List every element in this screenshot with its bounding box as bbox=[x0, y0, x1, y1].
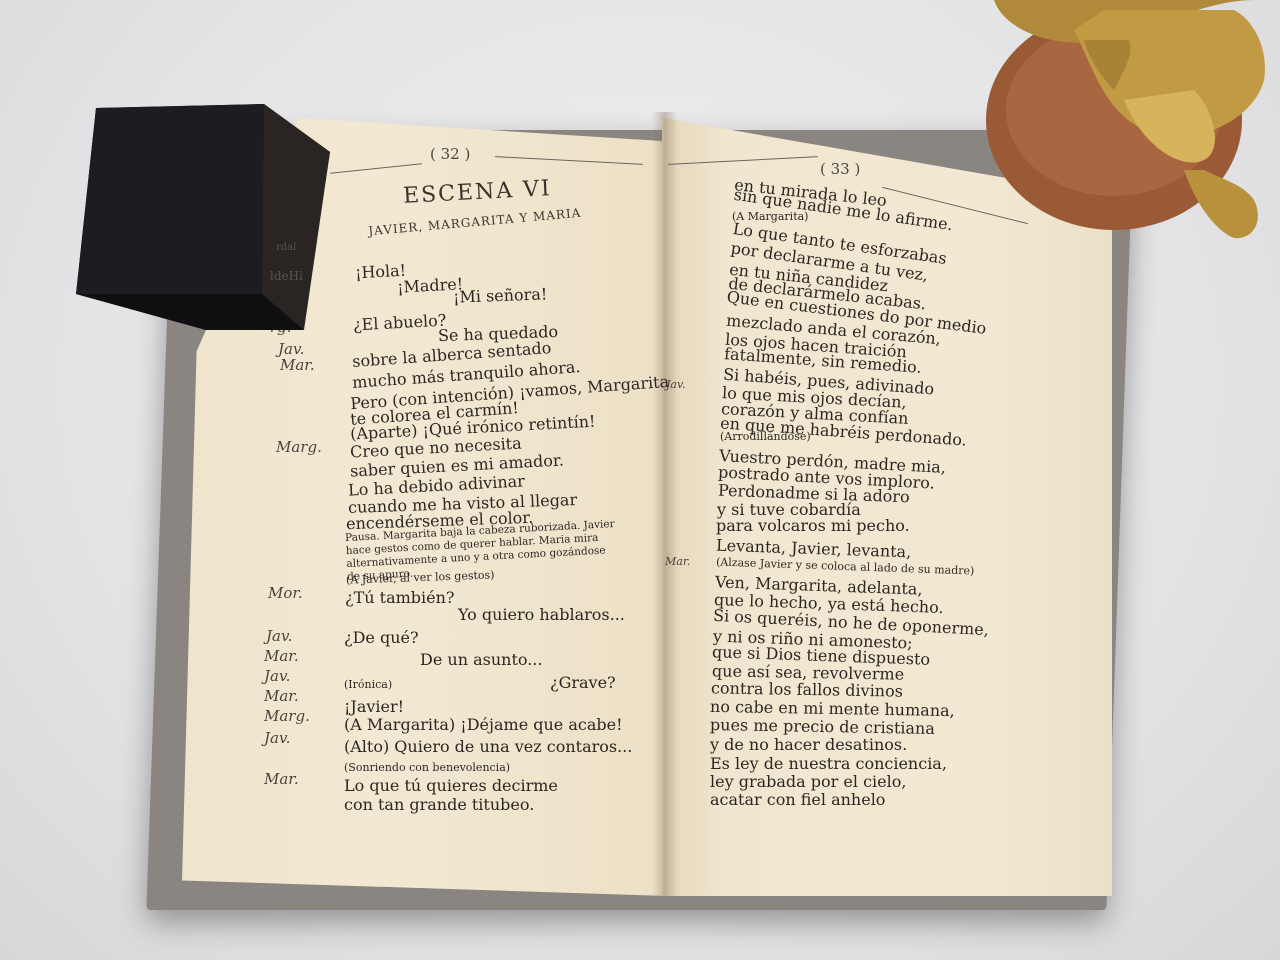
verse-line: (Alto) Quiero de una vez contaros... bbox=[344, 737, 632, 756]
verse-line: ¿Tú también? bbox=[345, 588, 455, 607]
verse-line: ¡Javier! bbox=[344, 697, 404, 716]
verse-line: Lo que tú quieres decirme bbox=[344, 776, 558, 795]
stage-direction: (Sonriendo con benevolencia) bbox=[344, 761, 510, 774]
cube-reflected-text: ldeHi bbox=[270, 269, 303, 283]
cube-reflected-text: rdal bbox=[276, 242, 296, 253]
speaker-marg: Marg. bbox=[264, 707, 310, 725]
page-number-33: 33 bbox=[831, 160, 850, 178]
book-gutter bbox=[652, 112, 678, 896]
page-number-32: 32 bbox=[441, 145, 460, 163]
verse-line: para volcaros mi pecho. bbox=[716, 516, 910, 535]
stage-direction: (Irónica) bbox=[344, 678, 392, 691]
page-number-right: ( 33 ) bbox=[820, 160, 860, 178]
stage-direction: (Arrodillándose) bbox=[720, 430, 811, 443]
speaker-jav: Jav. bbox=[266, 627, 292, 645]
verse-line: acatar con fiel anhelo bbox=[710, 790, 885, 809]
gold-cherub-statue bbox=[964, 0, 1280, 270]
verse-line: ¡Mi señora! bbox=[453, 284, 548, 306]
verse-line: ¿Grave? bbox=[550, 673, 616, 692]
speaker-mar: Mar. bbox=[280, 356, 315, 374]
speaker-marg: Marg. bbox=[276, 438, 322, 456]
speaker-jav: Jav. bbox=[264, 667, 290, 685]
speaker-mar: Mar. bbox=[264, 687, 299, 705]
speaker-mar: Mar. bbox=[264, 770, 299, 788]
speaker-mar: Mar. bbox=[665, 555, 690, 568]
verse-line: ¿De qué? bbox=[344, 628, 419, 647]
verse-line: Yo quiero hablaros... bbox=[458, 605, 625, 624]
speaker-mar: Mar. bbox=[264, 647, 299, 665]
verse-line: y de no hacer desatinos. bbox=[710, 735, 907, 754]
verse-line: De un asunto... bbox=[420, 650, 542, 669]
speaker-jav: Jav. bbox=[264, 729, 290, 747]
speaker-mar: Mor. bbox=[268, 584, 303, 602]
black-cube-paperweight: rdal ldeHi bbox=[66, 104, 332, 330]
speaker-jav: Jav. bbox=[666, 378, 685, 391]
verse-line: con tan grande titubeo. bbox=[344, 795, 534, 814]
verse-line: (A Margarita) ¡Déjame que acabe! bbox=[344, 715, 623, 734]
verse-line: ley grabada por el cielo, bbox=[710, 772, 906, 791]
verse-line: Es ley de nuestra conciencia, bbox=[710, 754, 947, 773]
page-number-left: ( 32 ) bbox=[430, 145, 470, 163]
